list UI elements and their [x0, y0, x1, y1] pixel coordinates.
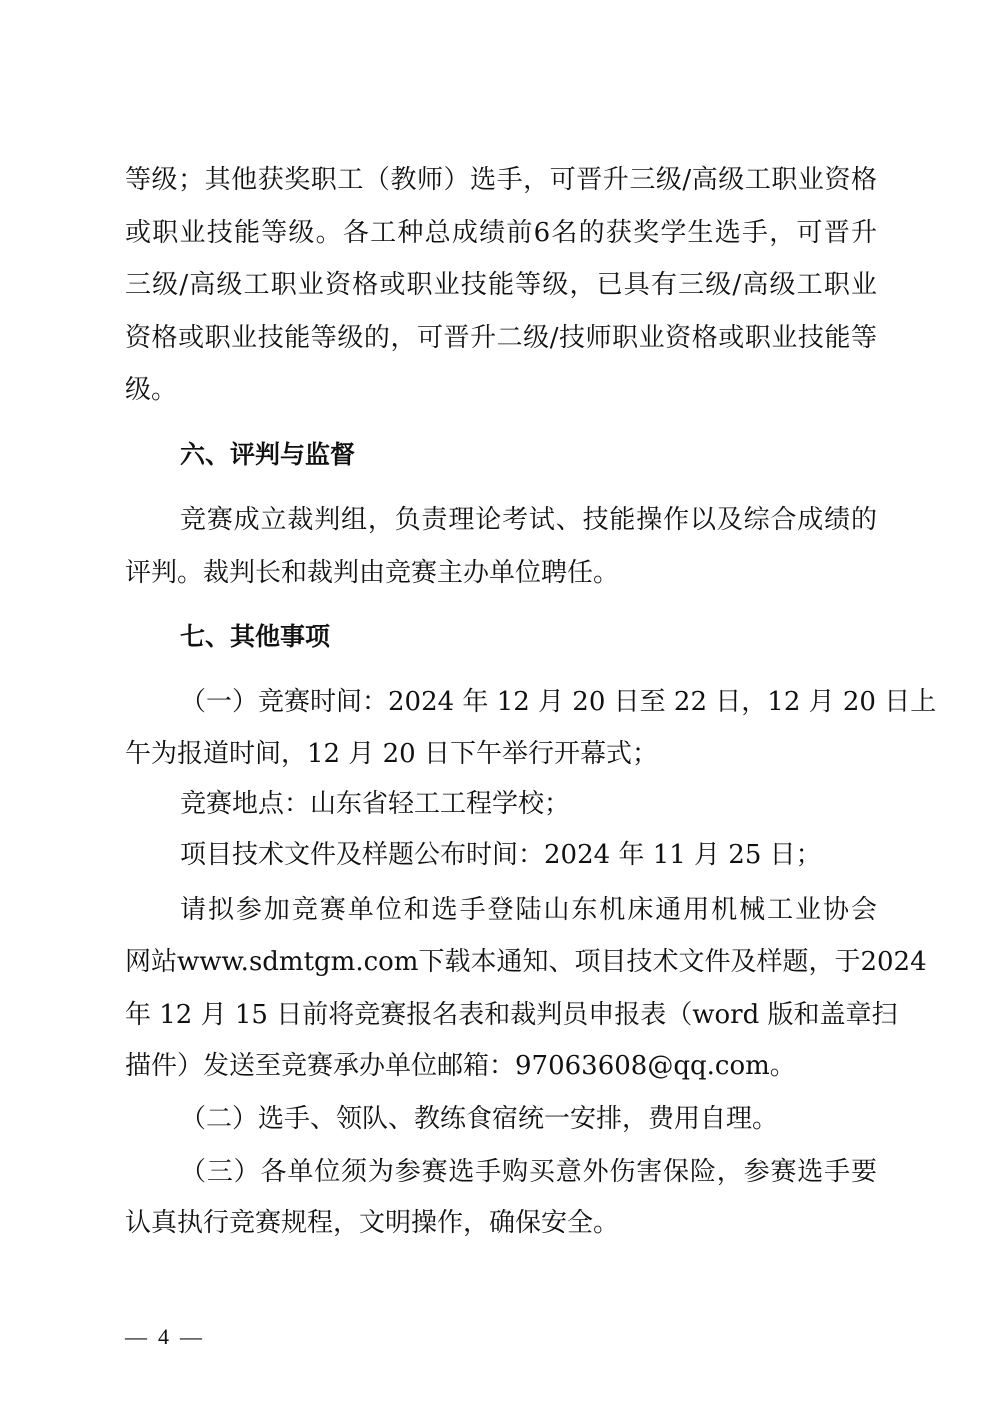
paragraph-line: 描件）发送至竞赛承办单位邮箱：97063608@qq.com。: [125, 1046, 877, 1086]
paragraph-line: （一）竞赛时间：2024 年 12 月 20 日至 22 日，12 月 20 日…: [180, 682, 877, 722]
paragraph-line: 资格或职业技能等级的，可晋升二级/技师职业资格或职业技能等: [125, 318, 877, 358]
paragraph-line: 等级；其他获奖职工（教师）选手，可晋升三级/高级工职业资格: [125, 160, 877, 200]
paragraph-line: 年 12 月 15 日前将竞赛报名表和裁判员申报表（word 版和盖章扫: [125, 995, 877, 1035]
paragraph-line: 请拟参加竞赛单位和选手登陆山东机床通用机械工业协会: [180, 890, 877, 930]
paragraph-line: 午为报道时间，12 月 20 日下午举行开幕式；: [125, 734, 877, 774]
document-page: 等级；其他获奖职工（教师）选手，可晋升三级/高级工职业资格 或职业技能等级。各工…: [0, 0, 1000, 1414]
section-heading-6: 六、评判与监督: [180, 435, 355, 475]
paragraph-line: 级。: [125, 370, 877, 410]
publish-time-line: 项目技术文件及样题公布时间：2024 年 11 月 25 日；: [180, 835, 877, 875]
paragraph-line: 或职业技能等级。各工种总成绩前6名的获奖学生选手，可晋升: [125, 213, 877, 253]
item-two-line: （二）选手、领队、教练食宿统一安排，费用自理。: [180, 1099, 877, 1139]
paragraph-line: （三）各单位须为参赛选手购买意外伤害保险，参赛选手要: [180, 1152, 877, 1192]
paragraph-line: 认真执行竞赛规程，文明操作，确保安全。: [125, 1203, 877, 1243]
paragraph-line: 网站www.sdmtgm.com下载本通知、项目技术文件及样题，于2024: [125, 942, 877, 982]
paragraph-line: 评判。裁判长和裁判由竞赛主办单位聘任。: [125, 553, 877, 593]
page-number: — 4 —: [125, 1322, 202, 1352]
paragraph-line: 三级/高级工职业资格或职业技能等级，已具有三级/高级工职业: [125, 265, 877, 305]
paragraph-line: 竞赛成立裁判组，负责理论考试、技能操作以及综合成绩的: [180, 500, 877, 540]
section-heading-7: 七、其他事项: [180, 617, 330, 657]
venue-line: 竞赛地点：山东省轻工工程学校；: [180, 784, 877, 824]
